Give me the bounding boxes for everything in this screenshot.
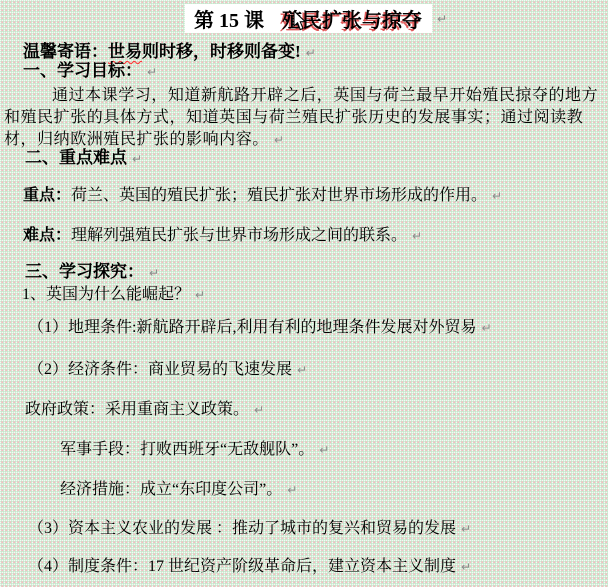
item-economy-text: （2）经济条件：商业贸易的飞速发展 [28,361,292,378]
goals-paragraph-line1[interactable]: 通过本课学习，知道新航路开辟之后，英国与荷兰最早开始殖民掠夺的地方 [52,85,598,106]
item-system[interactable]: （4）制度条件：17 世纪资产阶级革命后，建立资本主义制度↵ [28,556,471,578]
paragraph-mark-icon: ↵ [437,12,447,26]
difficulty-text: 理解列强殖民扩张与世界市场形成之间的联系。 [71,227,407,244]
paragraph-mark-icon: ↵ [195,288,205,302]
paragraph-mark-icon: ↵ [274,133,284,147]
item-geography[interactable]: （1）地理条件:新航路开辟后,利用有利的地理条件发展对外贸易↵ [28,317,492,339]
item-military[interactable]: 军事手段：打败西班牙“无敌舰队”。↵ [60,439,329,461]
item-measures[interactable]: 经济措施：成立“东印度公司”。↵ [60,479,297,501]
paragraph-mark-icon: ↵ [147,65,157,79]
paragraph-mark-icon: ↵ [132,152,142,166]
keypoints-heading[interactable]: 二、重点难点↵ [25,147,142,170]
inquiry-question[interactable]: 1、英国为什么能崛起？↵ [22,284,205,306]
motto-label: 温馨寄语： [23,42,108,61]
inquiry-heading[interactable]: 三、学习探究：↵ [25,261,159,284]
item-geography-text: （1）地理条件:新航路开辟后,利用有利的地理条件发展对外贸易 [28,319,476,336]
paragraph-mark-icon: ↵ [287,483,297,497]
inquiry-question-text: 1、英国为什么能崛起？ [22,286,190,303]
item-agriculture-text: （3）资本主义农业的发展 ：推动了城市的复兴和贸易的发展 [28,520,456,537]
keypoint-line[interactable]: 重点：荷兰、英国的殖民扩张；殖民扩张对世界市场形成的作用。↵ [23,185,502,207]
title-lesson-number: 第 15 课 [194,4,264,33]
mouse-cursor-icon [293,11,307,31]
motto-rest: 则时移，时移则备变! [142,42,301,61]
keypoint-label: 重点： [23,187,71,204]
keypoint-text: 荷兰、英国的殖民扩张；殖民扩张对世界市场形成的作用。 [71,187,487,204]
item-policy[interactable]: 政府政策：采用重商主义政策。↵ [25,399,264,421]
paragraph-mark-icon: ↵ [297,363,307,377]
paragraph-mark-icon: ↵ [461,522,471,536]
item-economy[interactable]: （2）经济条件：商业贸易的飞速发展↵ [28,359,307,381]
paragraph-mark-icon: ↵ [149,266,159,280]
paragraph-mark-icon: ↵ [481,321,491,335]
paragraph-mark-icon: ↵ [461,560,471,574]
difficulty-line[interactable]: 难点：理解列强殖民扩张与世界市场形成之间的联系。↵ [23,225,422,247]
paragraph-mark-icon: ↵ [254,403,264,417]
title-row: 第 15 课 殖民扩张与掠夺 ↵ [185,4,447,33]
item-agriculture[interactable]: （3）资本主义农业的发展 ：推动了城市的复兴和贸易的发展↵ [28,518,471,540]
goals-heading[interactable]: 一、学习目标：↵ [23,60,157,83]
keypoints-heading-text: 二、重点难点 [25,148,127,167]
difficulty-label: 难点： [23,227,71,244]
paragraph-mark-icon: ↵ [492,189,502,203]
item-military-text: 军事手段：打败西班牙“无敌舰队”。 [60,441,314,458]
paragraph-mark-icon: ↵ [412,229,422,243]
goals-paragraph-line2[interactable]: 和殖民扩张的具体方式，知道英国与荷兰殖民扩张历史的发展事实；通过阅读教 [4,107,583,128]
title-highlight-box[interactable]: 第 15 课 殖民扩张与掠夺 [185,4,432,33]
document-page[interactable]: 第 15 课 殖民扩张与掠夺 ↵ 温馨寄语：世易则时移，时移则备变!↵ 一、学习… [0,0,608,587]
paragraph-mark-icon: ↵ [306,46,316,60]
paragraph-text: 通过本课学习，知道新航路开辟之后，英国与荷兰最早开始殖民掠夺的地方 [52,87,598,104]
inquiry-heading-text: 三、学习探究： [25,262,144,281]
item-measures-text: 经济措施：成立“东印度公司”。 [60,481,282,498]
paragraph-mark-icon: ↵ [319,443,329,457]
paragraph-text: 材，归纳欧洲殖民扩张的影响内容。 [4,131,269,148]
item-policy-text: 政府政策：采用重商主义政策。 [25,401,249,418]
paragraph-text: 和殖民扩张的具体方式，知道英国与荷兰殖民扩张历史的发展事实；通过阅读教 [4,109,583,126]
motto-flagged-word: 世易 [108,42,142,61]
goals-heading-text: 一、学习目标： [23,61,142,80]
item-system-text: （4）制度条件：17 世纪资产阶级革命后，建立资本主义制度 [28,558,456,575]
